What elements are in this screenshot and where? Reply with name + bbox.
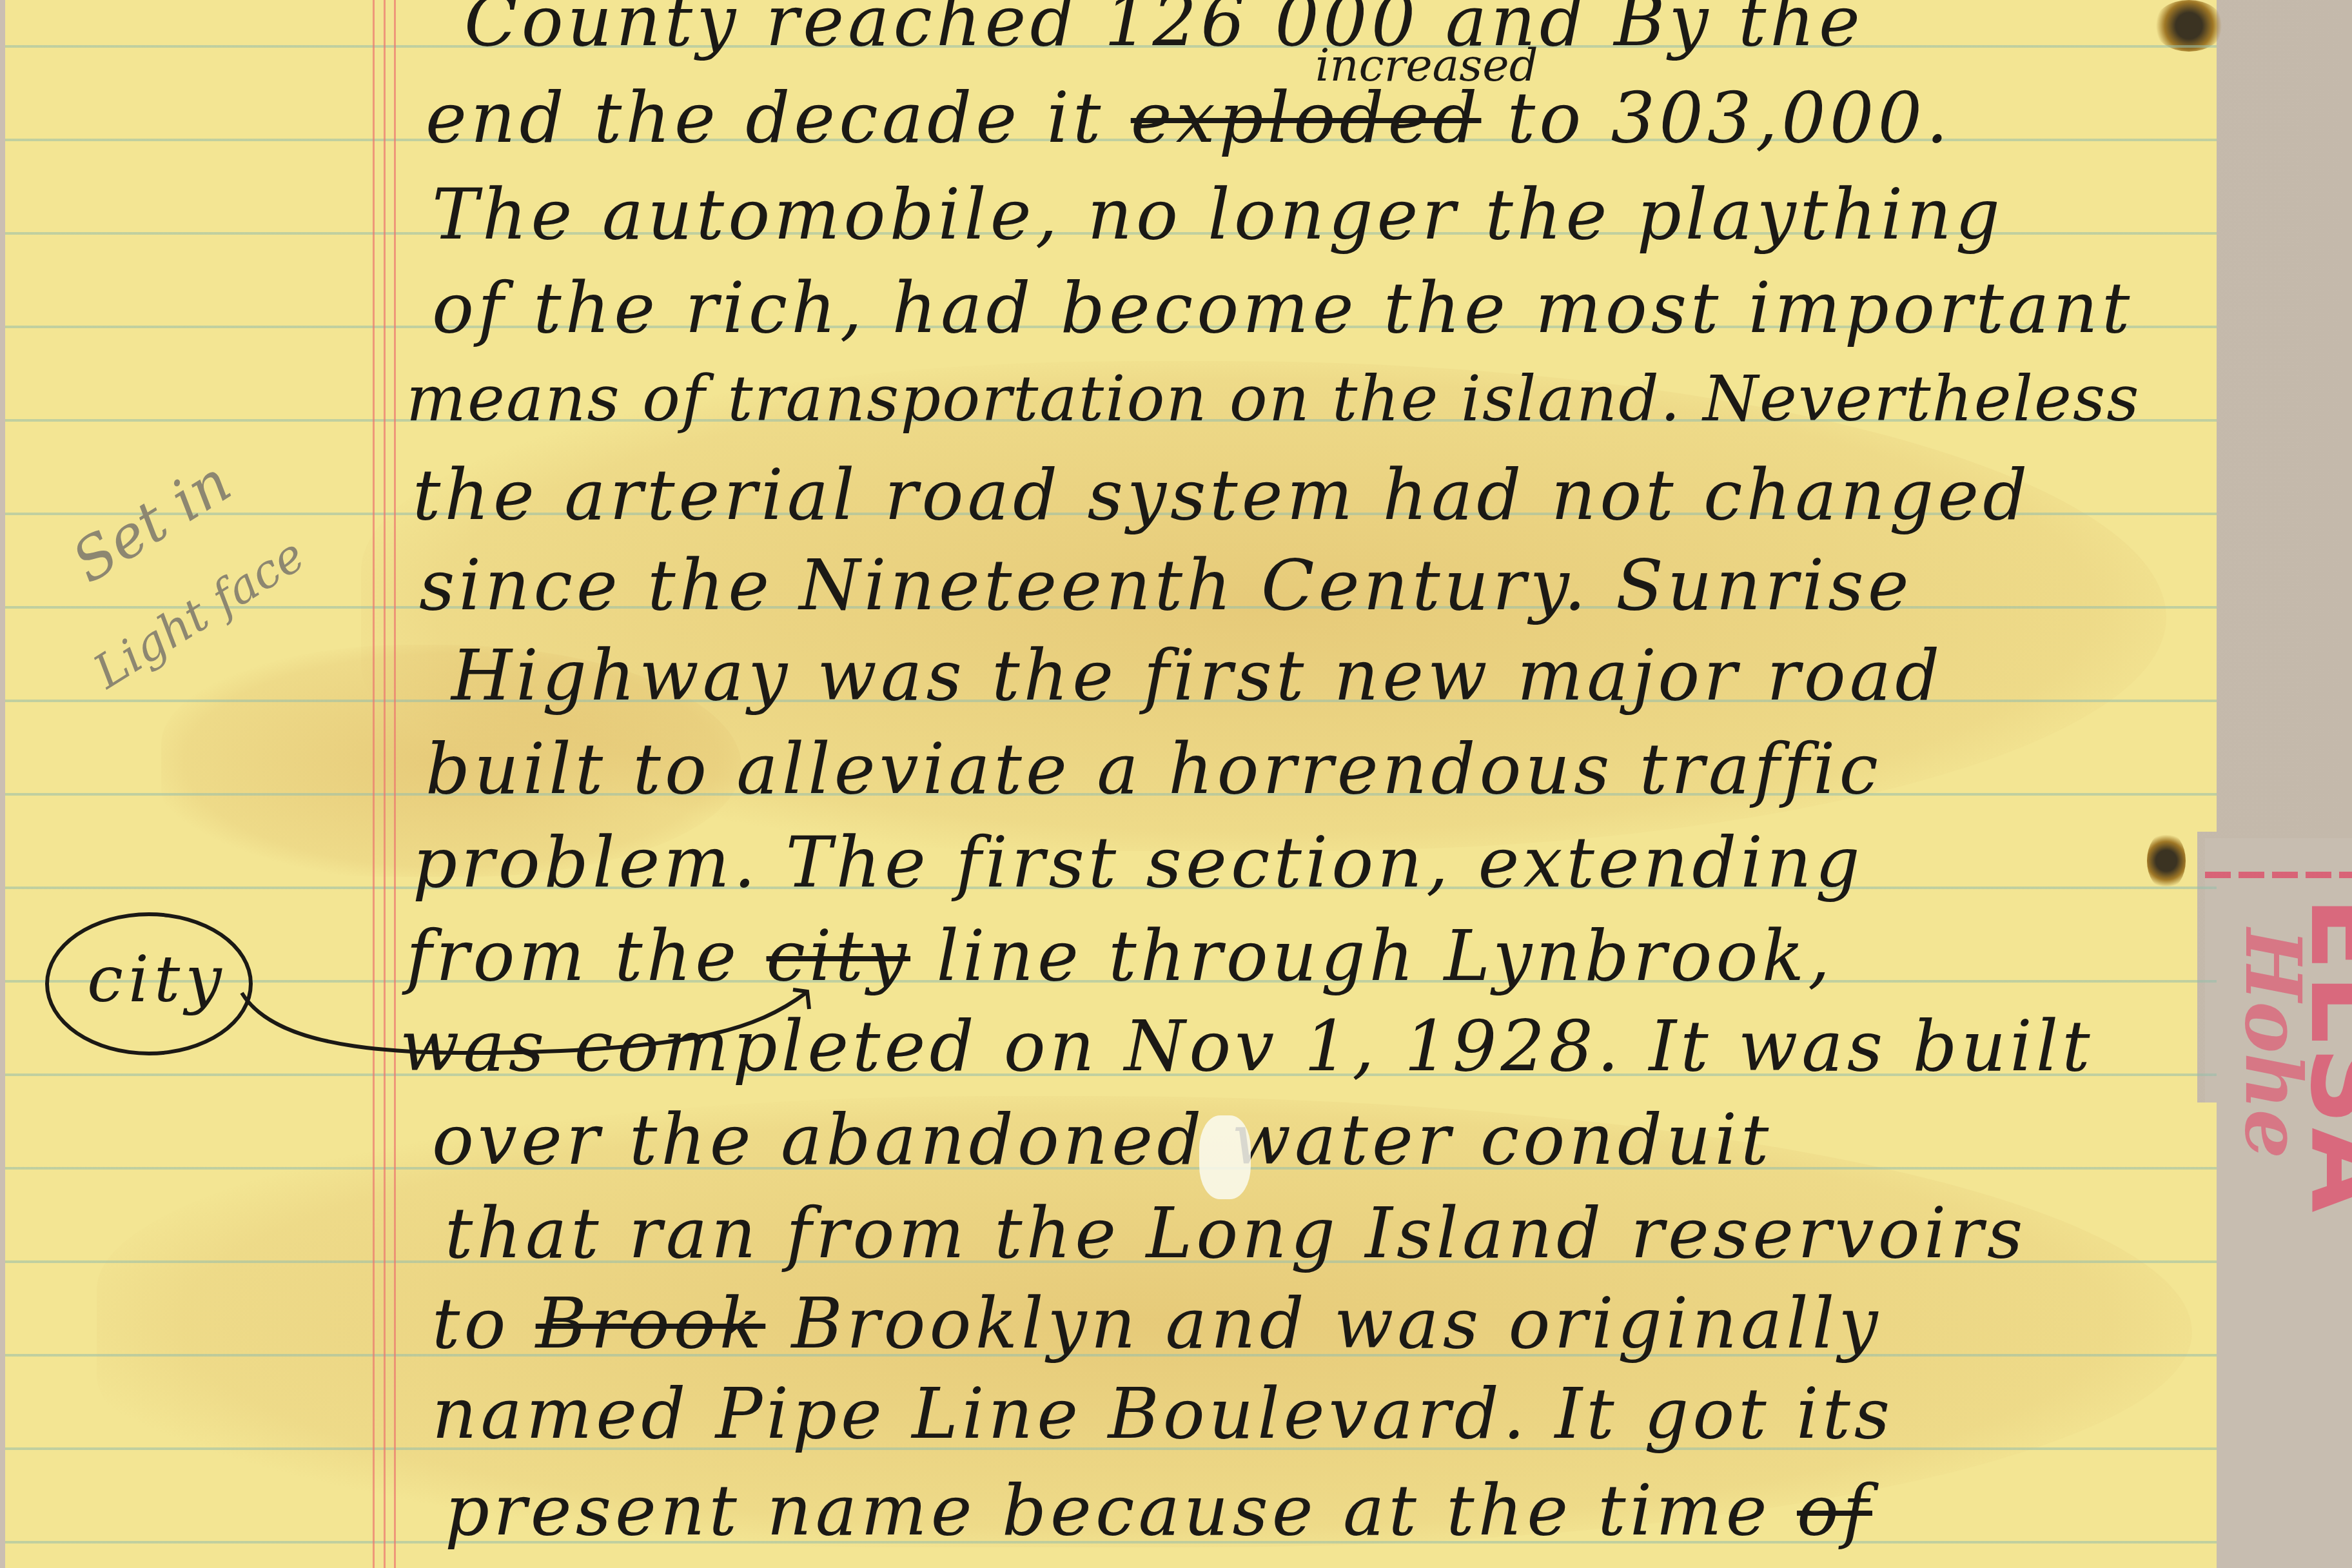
stamp-dashed-line [2205,872,2352,878]
stamp-text-script: Hohe [2228,928,2318,1159]
insertion-increased: increased [1315,39,1538,92]
manuscript-line-6: the arterial road system had not changed [413,461,2031,531]
margin-line [373,0,375,1568]
burn-mark [2147,832,2186,890]
line-text-tail: Brooklyn and was originally [792,1284,1882,1364]
manuscript-line-17: present name because at the time of [445,1476,1872,1546]
manuscript-line-15: to Brook Brooklyn and was originally [432,1289,1881,1359]
manuscript-line-16: named Pipe Line Boulevard. It got its [432,1380,1894,1449]
manuscript-line-7: since the Nineteenth Century. Sunrise [419,551,1913,621]
insertion-arrow-icon [239,980,819,1064]
line-text-tail: to 303,000. [1507,78,1952,159]
struck-word: of [1797,1471,1872,1551]
margin-line [394,0,396,1568]
manuscript-line-14: that ran from the Long Island reservoirs [445,1199,2026,1269]
manuscript-line-10: problem. The first section, extending [413,828,1864,898]
city-callout-label: city [87,941,227,1017]
manuscript-line-4: of the rich, had become the most importa… [432,274,2133,344]
line-text: to [432,1284,509,1364]
margin-line [384,0,386,1568]
manuscript-line-9: built to alleviate a horrendous traffic [426,735,1882,805]
manuscript-line-8: Highway was the first new major road [451,642,1943,711]
manuscript-line-3: The automobile, no longer the plaything [432,181,2004,250]
struck-word: Brook [536,1284,765,1364]
line-text-tail: line through Lynbrook, [936,916,1834,997]
manuscript-line-5: means of transportation on the island. N… [406,367,2141,431]
line-text: end the decade it [426,78,1104,159]
correction-fluid-mark [1199,1115,1251,1199]
line-text: present name because at the time [445,1471,1771,1551]
burn-mark [2153,0,2224,52]
manuscript-line-2: end the decade it exploded to 303,000. [426,84,1952,153]
manuscript-line-1: County reached 126 000 and By the [464,0,1864,57]
manuscript-line-13: over the abandoned water conduit [432,1106,1772,1175]
